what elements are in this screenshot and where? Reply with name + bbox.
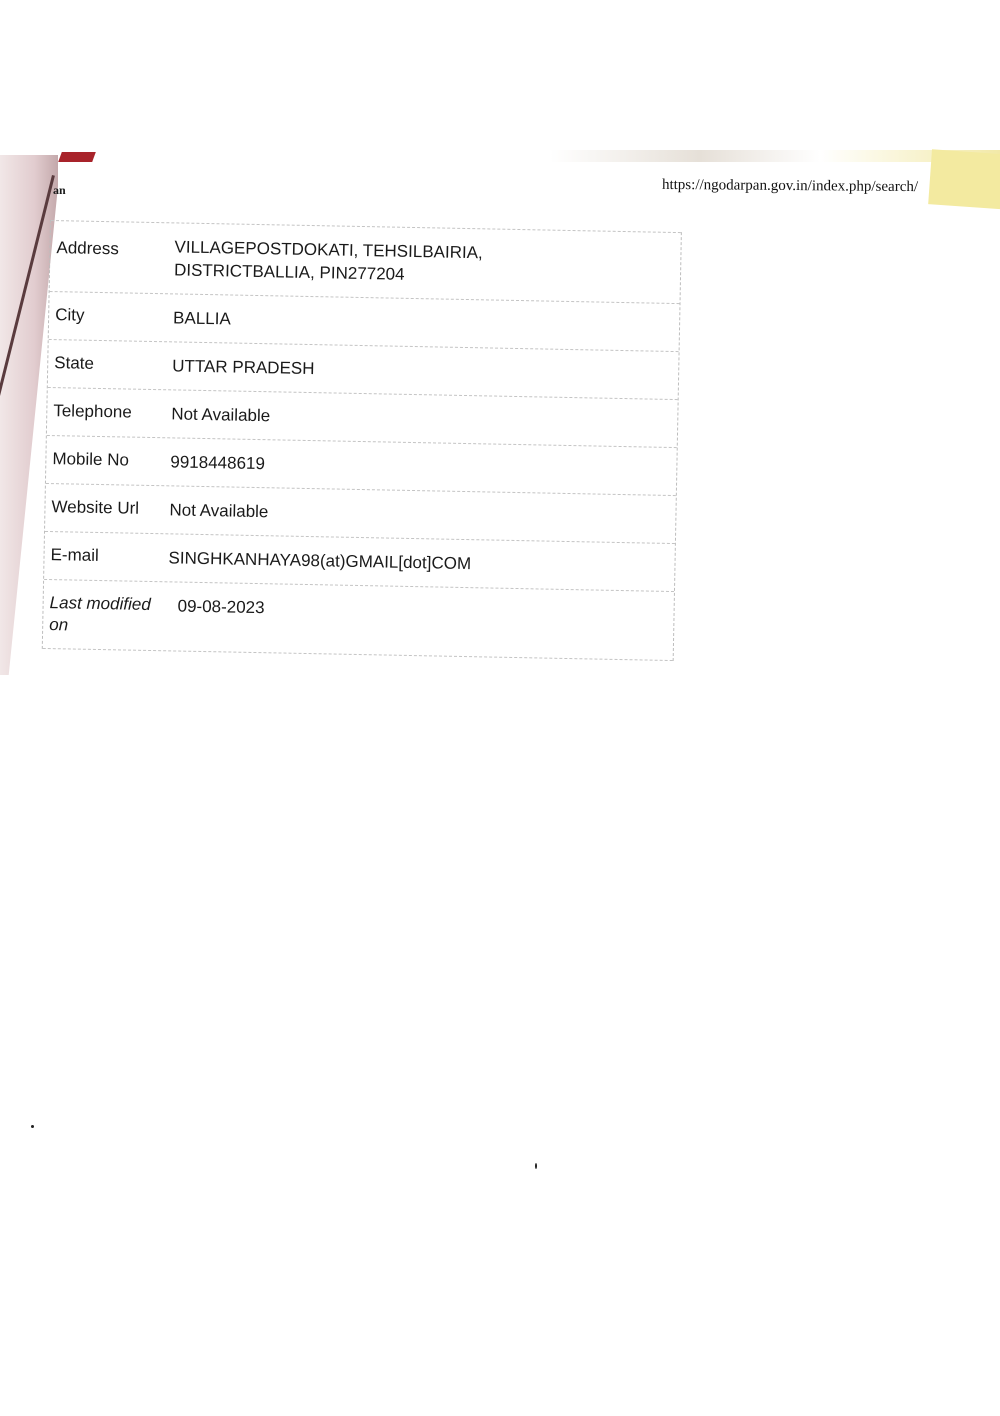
row-value: 9918448619 bbox=[166, 438, 677, 495]
row-value: SINGHKANHAYA98(at)GMAIL[dot]COM bbox=[164, 534, 675, 591]
cropped-header-text: an bbox=[53, 183, 66, 198]
row-label: Last modified on bbox=[43, 580, 174, 650]
table-row: Address VILLAGEPOSTDOKATI, TEHSILBAIRIA,… bbox=[50, 220, 681, 303]
row-value: VILLAGEPOSTDOKATI, TEHSILBAIRIA, DISTRIC… bbox=[170, 223, 681, 303]
red-binder-tab bbox=[58, 152, 96, 162]
table-row: Last modified on 09-08-2023 bbox=[43, 579, 674, 661]
yellow-sticky-note bbox=[928, 149, 1000, 209]
row-label: E-mail bbox=[44, 532, 165, 581]
ngo-details-table: Address VILLAGEPOSTDOKATI, TEHSILBAIRIA,… bbox=[42, 220, 682, 661]
row-label: City bbox=[49, 292, 170, 341]
row-value: UTTAR PRADESH bbox=[168, 342, 679, 399]
row-value: 09-08-2023 bbox=[173, 582, 674, 660]
row-value: Not Available bbox=[165, 486, 676, 543]
row-label: Address bbox=[50, 221, 171, 293]
row-label: Website Url bbox=[45, 484, 166, 533]
scan-speck bbox=[31, 1125, 34, 1128]
row-value: Not Available bbox=[167, 390, 678, 447]
page-url: https://ngodarpan.gov.in/index.php/searc… bbox=[662, 177, 918, 196]
row-label: Telephone bbox=[47, 388, 168, 437]
scan-speck bbox=[535, 1163, 537, 1169]
row-label: Mobile No bbox=[46, 436, 167, 485]
scanned-page-top-edge bbox=[0, 150, 1000, 162]
row-label: State bbox=[48, 340, 169, 389]
row-value: BALLIA bbox=[169, 294, 680, 351]
